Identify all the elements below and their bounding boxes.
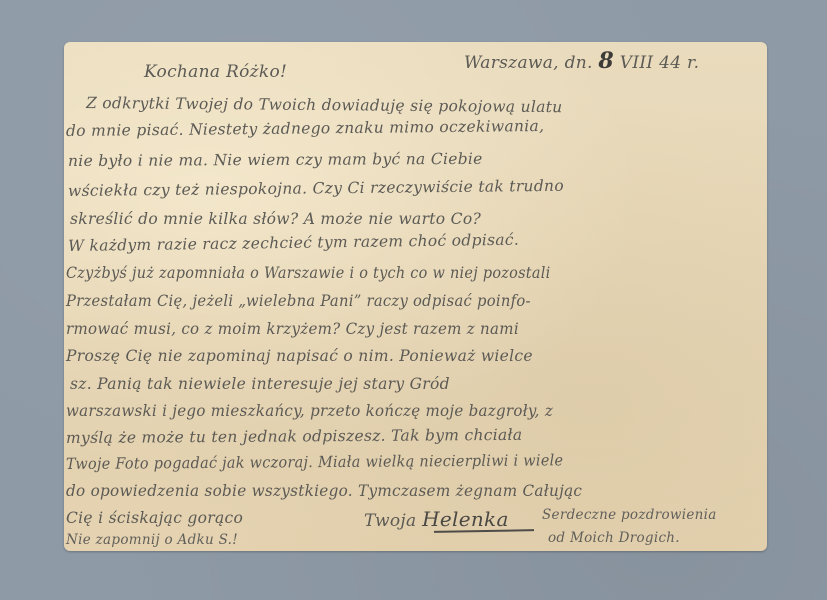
body-line: sz. Panią tak niewiele interesuje jej st… [70,375,450,393]
side-note-line: od Moich Drogich. [548,530,680,546]
signature-underline [434,529,534,532]
date-month-year: VIII 44 r. [620,53,700,73]
body-line: Przestałam Cię, jeżeli „wielebna Pani” r… [66,292,531,310]
postscript: Nie zapomnij o Adku S.! [66,532,238,548]
date-place: Warszawa, dn. [464,53,593,73]
postcard: Warszawa, dn. 8 VIII 44 r. Kochana Różko… [64,42,767,551]
greeting: Kochana Różko! [144,62,287,82]
body-line: do opowiedzenia sobie wszystkiego. Tymcz… [66,482,582,500]
body-line: Z odkrytki Twojej do Twoich dowiaduję si… [86,94,563,116]
side-note-line: Serdeczne pozdrowienia [542,507,717,523]
body-line: do mnie pisać. Niestety żadnego znaku mi… [66,117,544,140]
body-line: wściekła czy też niespokojna. Czy Ci rze… [68,177,564,200]
body-line: Twoje Foto pogadać jak wczoraj. Miała wi… [66,451,563,473]
body-line: Proszę Cię nie zapominaj napisać o nim. … [66,347,533,365]
date-line: Warszawa, dn. 8 VIII 44 r. [464,48,699,74]
body-line: W każdym razie racz zechcieć tym razem c… [68,231,519,255]
body-line: skreślić do mnie kilka słów? A może nie … [70,210,481,228]
date-day: 8 [598,48,614,74]
body-line: nie było i nie ma. Nie wiem czy mam być … [68,150,483,170]
body-line: Cię i ściskając gorąco [66,509,243,527]
signature-closing: Twoja [364,511,416,531]
body-line: rmować musi, co z moim krzyżem? Czy jest… [66,320,519,338]
body-line: myślą że może tu ten jednak odpiszesz. T… [66,426,523,447]
body-line: Czyżbyś już zapomniała o Warszawie i o t… [66,264,551,282]
signature-name: Helenka [422,507,509,531]
signature: Twoja Helenka [364,507,509,531]
body-line: warszawski i jego mieszkańcy, przeto koń… [66,402,553,420]
